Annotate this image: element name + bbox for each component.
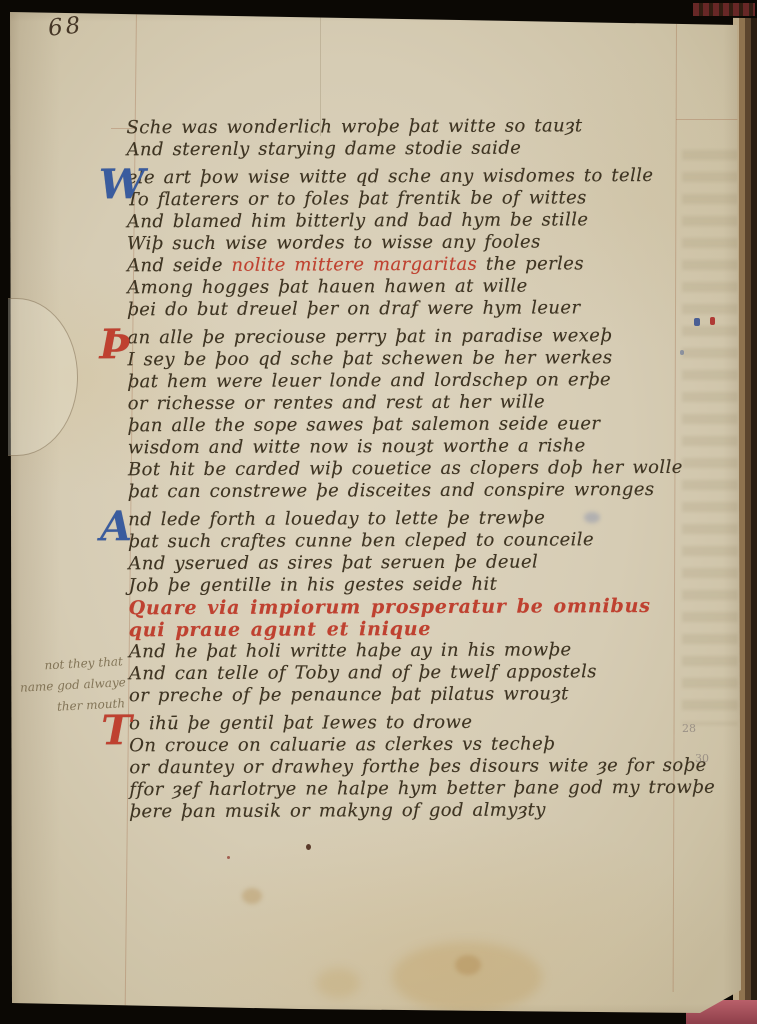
ink-speck	[710, 317, 715, 325]
manuscript-line: þat such craftes cunne ben cleped to cou…	[128, 529, 718, 554]
text-block: Sche was wonderlich wroþe þat witte so t…	[126, 115, 719, 824]
manuscript-line: And seide nolite mittere margaritas the …	[127, 253, 717, 278]
manuscript-line: o ihū þe gentil þat Iewes to drowe	[129, 711, 719, 736]
manuscript-line: or preche of þe penaunce þat pilatus wro…	[129, 683, 719, 708]
manuscript-line: nd lede forth a loueday to lette þe trew…	[128, 507, 718, 532]
manuscript-line: To flaterers or to foles þat frentik be …	[127, 187, 717, 212]
ink-speck	[680, 350, 684, 355]
manuscript-line: Among hogges þat hauen hawen at wille	[127, 275, 717, 300]
stain	[392, 942, 542, 1012]
stain	[455, 955, 481, 975]
text-phrase: And seide	[127, 255, 231, 276]
manuscript-line: wisdom and witte now is nouȝt worthe a r…	[128, 435, 718, 460]
manuscript-line: Bot hit be carded wiþ couetice as cloper…	[128, 457, 718, 482]
ink-smudge	[584, 512, 600, 523]
manuscript-line: Sche was wonderlich wroþe þat witte so t…	[126, 115, 716, 140]
manuscript-line: Wiþ such wise wordes to wisse any fooles	[127, 231, 717, 256]
margin-line-number: 30	[695, 752, 709, 766]
stain	[316, 968, 360, 998]
illuminated-initial: T	[101, 710, 132, 750]
marginal-gloss: not they that name god alwaye ther mouth	[18, 651, 125, 719]
manuscript-line: On crouce on caluarie as clerkes vs tech…	[129, 733, 719, 758]
text-phrase: the perles	[477, 253, 584, 274]
verse-paragraph: To ihū þe gentil þat Iewes to droweOn cr…	[129, 711, 719, 824]
manuscript-line: þere þan musik or makyng of god almyȝty	[129, 799, 719, 824]
ink-speck	[694, 318, 700, 326]
manuscript-line: And blamed him bitterly and bad hym be s…	[127, 209, 717, 234]
margin-line-numbers: 28 30	[682, 722, 709, 766]
manuscript-line: ffor ȝef harlotrye ne halpe hym better þ…	[129, 777, 719, 802]
rubric-line: Quare via impiorum prosperatur be omnibu…	[129, 595, 719, 620]
folio-number: 68	[47, 12, 85, 42]
rubric-line: qui praue agunt et inique	[129, 617, 719, 642]
verse-paragraph: Wele art þow wise witte qd sche any wisd…	[127, 165, 718, 322]
manuscript-line: And yserued as sires þat seruen þe deuel	[128, 551, 718, 576]
margin-line-number: 28	[682, 722, 709, 736]
manuscript-line: þat hem were leuer londe and lordschep o…	[128, 369, 718, 394]
ink-dot	[227, 856, 230, 859]
manuscript-line: ele art þow wise witte qd sche any wisdo…	[127, 165, 717, 190]
illuminated-initial: A	[100, 506, 132, 546]
headband	[693, 3, 755, 16]
manuscript-line: Job þe gentille in his gestes seide hit	[128, 573, 718, 598]
manuscript-line: I sey be þoo qd sche þat schewen be her …	[127, 347, 717, 372]
manuscript-line: And he þat holi writte haþe ay in his mo…	[129, 639, 719, 664]
verse-paragraph: Sche was wonderlich wroþe þat witte so t…	[126, 115, 716, 162]
manuscript-line: or richesse or rentes and rest at her wi…	[128, 391, 718, 416]
manuscript-line: þei do but dreuel þer on draf were hym l…	[127, 297, 717, 322]
illuminated-initial: W	[99, 164, 145, 204]
manuscript-photo: { "manuscript": { "folio_number": "68", …	[0, 0, 757, 1024]
rubric-phrase: nolite mittere margaritas	[231, 254, 477, 276]
manuscript-line: or dauntey or drawhey forthe þes disours…	[129, 755, 719, 780]
parchment-page: 68 Sche was wonderlich wroþe þat witte s…	[0, 0, 757, 1024]
ink-dot	[306, 844, 311, 850]
stain	[242, 888, 262, 904]
manuscript-line: And can telle of Toby and of þe twelf ap…	[129, 661, 719, 686]
manuscript-line: þan alle the sope sawes þat salemon seid…	[128, 413, 718, 438]
illuminated-initial: Þ	[99, 324, 130, 364]
manuscript-line: And sterenly starying dame stodie saide	[127, 137, 717, 162]
verse-paragraph: Þan alle þe preciouse perry þat in parad…	[127, 325, 718, 504]
manuscript-line: þat can constrewe þe disceites and consp…	[128, 479, 718, 504]
verse-paragraph: And lede forth a loueday to lette þe tre…	[128, 507, 719, 708]
manuscript-line: an alle þe preciouse perry þat in paradi…	[127, 325, 717, 350]
